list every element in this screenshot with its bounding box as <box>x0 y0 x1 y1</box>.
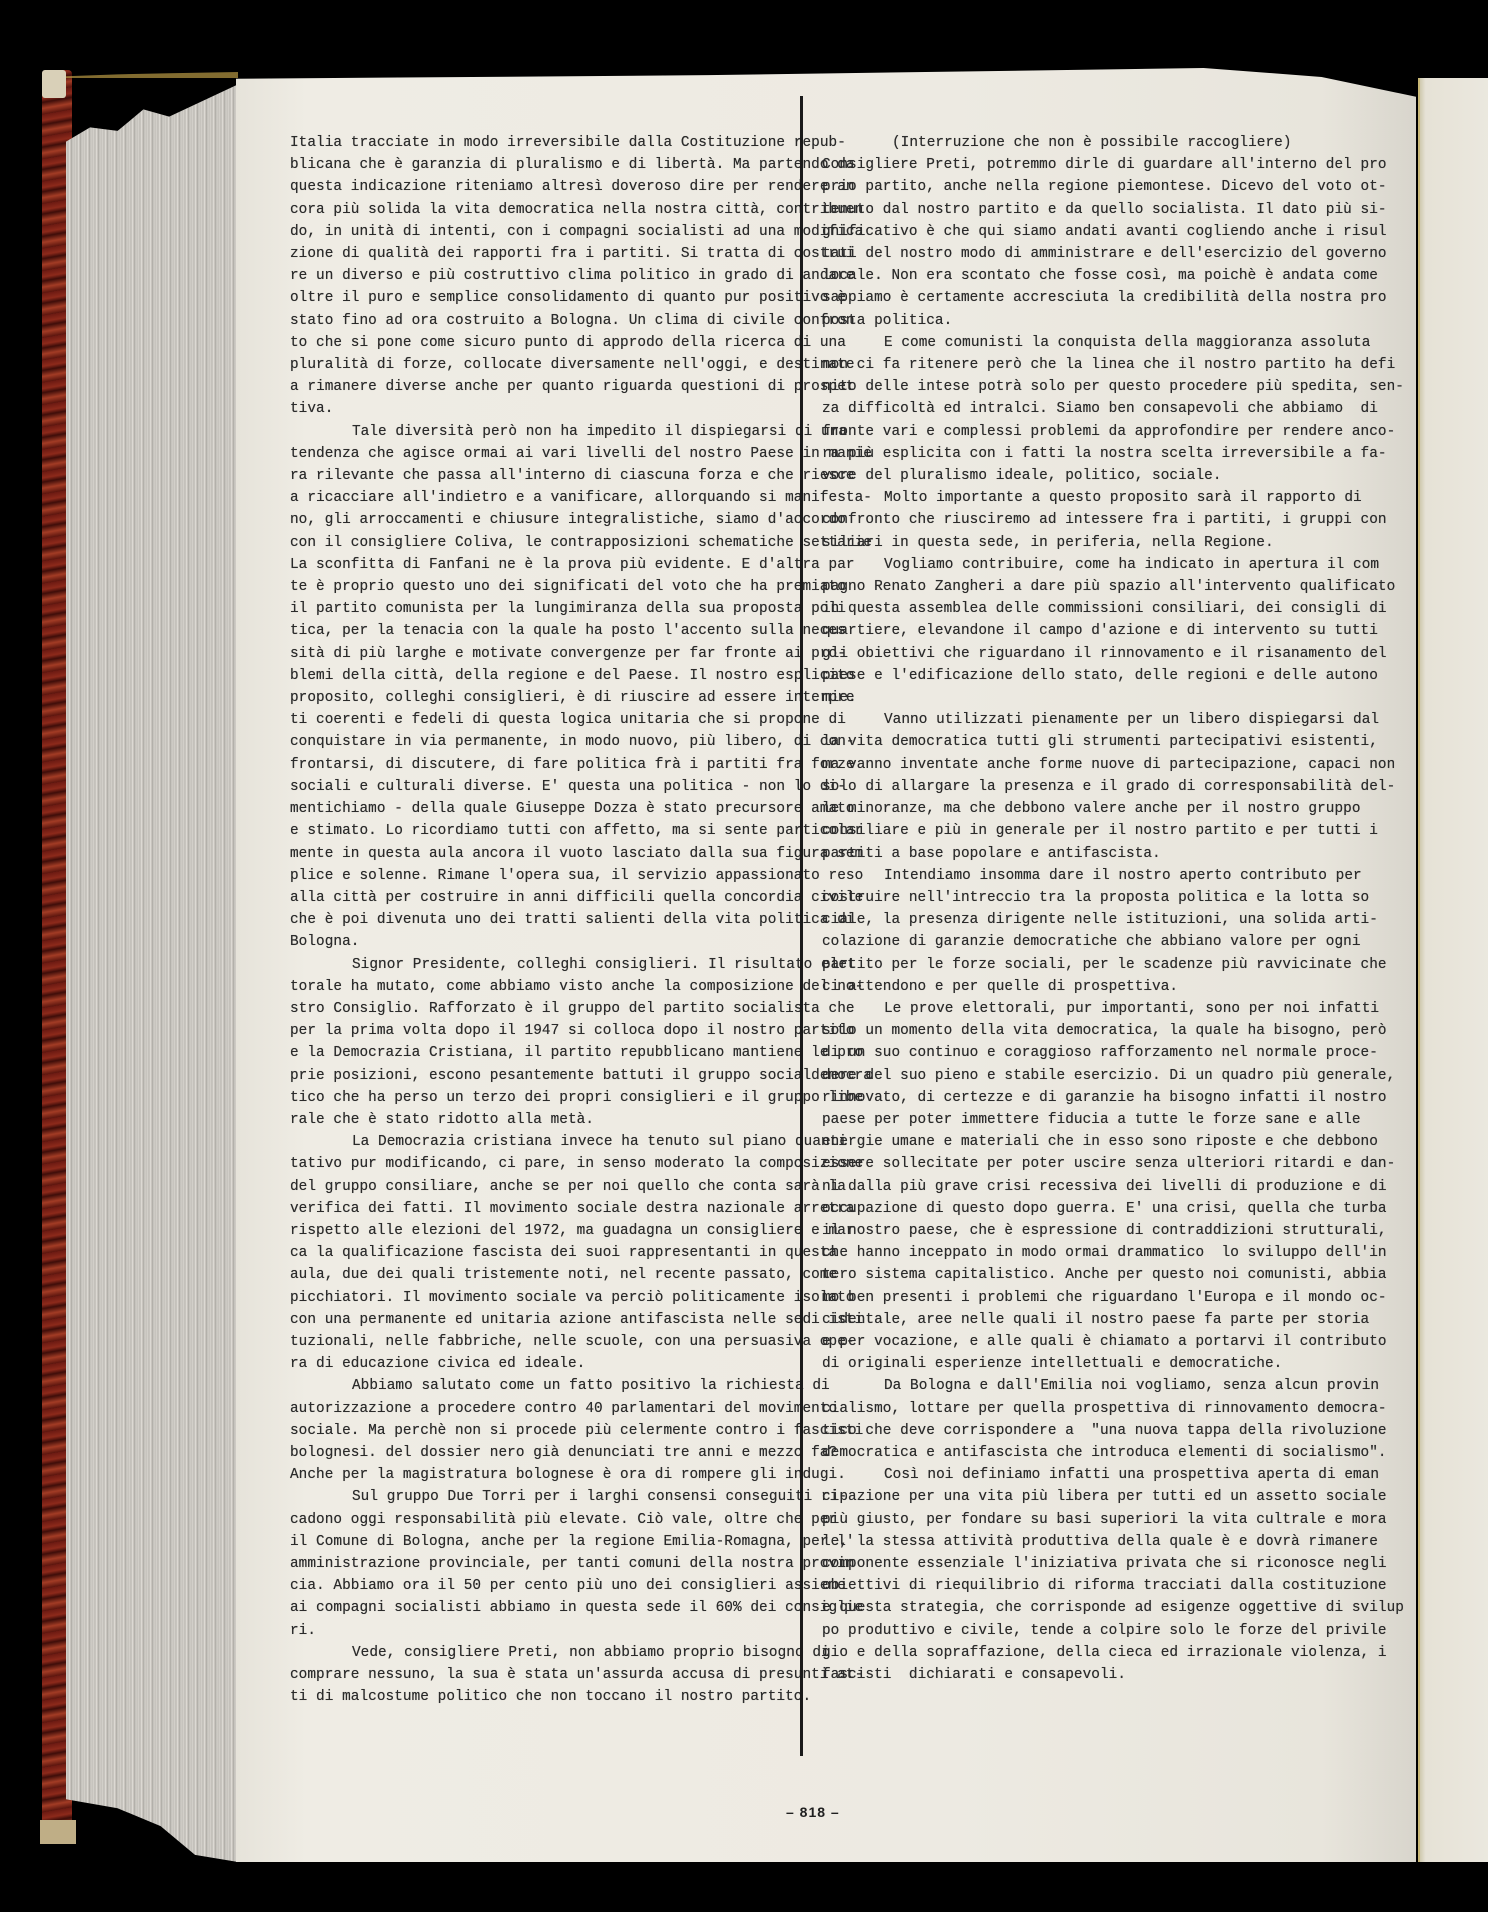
text-line: paese e l'edificazione dello stato, dell… <box>822 665 1332 687</box>
text-line: aula, due dei quali tristemente noti, ne… <box>290 1264 800 1286</box>
text-line: che hanno inceppato in modo ormai dramma… <box>822 1242 1332 1264</box>
text-line: prio partito, anche nella regione piemon… <box>822 176 1332 198</box>
text-line: ci attendono e per quelle di prospettiva… <box>822 976 1332 998</box>
text-line: La Democrazia cristiana invece ha tenuto… <box>290 1131 800 1153</box>
book-corner-bottom <box>40 1820 76 1844</box>
text-line: te è proprio questo uno dei significati … <box>290 576 800 598</box>
text-line: Le prove elettorali, pur importanti, son… <box>822 998 1332 1020</box>
text-line: essere sollecitate per poter uscire senz… <box>822 1153 1332 1175</box>
text-line: posta politica. <box>822 310 1332 332</box>
left-text-column: Italia tracciate in modo irreversibile d… <box>290 132 800 1708</box>
text-line: questa indicazione riteniamo altresì dov… <box>290 176 800 198</box>
text-line: pagno Renato Zangheri a dare più spazio … <box>822 576 1332 598</box>
text-line: comprare nessuno, la sua è stata un'assu… <box>290 1664 800 1686</box>
text-line: no, gli arroccamenti e chiusure integral… <box>290 509 800 531</box>
text-line: ti coerenti e fedeli di questa logica un… <box>290 709 800 731</box>
text-line: mie. <box>822 687 1332 709</box>
text-line: energie umane e materiali che in esso so… <box>822 1131 1332 1153</box>
text-line: che è poi divenuta uno dei tratti salien… <box>290 909 800 931</box>
gilded-top-edge <box>66 72 238 78</box>
text-line: tendenza che agisce ormai ai vari livell… <box>290 443 800 465</box>
text-line: E come comunisti la conquista della magg… <box>822 332 1332 354</box>
text-line: Signor Presidente, colleghi consiglieri.… <box>290 954 800 976</box>
text-line: sociale. Ma perchè non si procede più ce… <box>290 1420 800 1442</box>
text-line: Sul gruppo Due Torri per i larghi consen… <box>290 1486 800 1508</box>
text-line: consiliare e più in generale per il nost… <box>822 820 1332 842</box>
text-line: colazione di garanzie democratiche che a… <box>822 931 1332 953</box>
text-line: e questa strategia, che corrisponde ad e… <box>822 1597 1332 1619</box>
book-corner-top <box>42 70 66 98</box>
text-line: rispetto alle elezioni del 1972, ma guad… <box>290 1220 800 1242</box>
text-line: partito per le forze sociali, per le sca… <box>822 954 1332 976</box>
text-line: e per vocazione, e alle quali è chiamato… <box>822 1331 1332 1353</box>
text-line: cadono oggi responsabilità più elevate. … <box>290 1509 800 1531</box>
text-line: di originali esperienze intellettuali e … <box>822 1353 1332 1375</box>
text-line: a rimanere diverse anche per quanto rigu… <box>290 376 800 398</box>
text-line: componente essenziale l'iniziativa priva… <box>822 1553 1332 1575</box>
text-line: tati del nostro modo di amministrare e d… <box>822 243 1332 265</box>
text-line: ai compagni socialisti abbiamo in questa… <box>290 1597 800 1619</box>
text-line: il nostro paese, che è espressione di co… <box>822 1220 1332 1242</box>
text-line: tenuto dal nostro partito e da quello so… <box>822 199 1332 221</box>
text-line: cialismo, lottare per quella prospettiva… <box>822 1398 1332 1420</box>
text-line: cidentale, aree nelle quali il nostro pa… <box>822 1309 1332 1331</box>
text-line: Anche per la magistratura bolognese è or… <box>290 1464 800 1486</box>
text-line: il Comune di Bologna, anche per la regio… <box>290 1531 800 1553</box>
page-number: – 818 – <box>786 1804 840 1820</box>
text-line: solo di allargare la presenza e il grado… <box>822 776 1332 798</box>
text-line: rale che è stato ridotto alla metà. <box>290 1109 800 1131</box>
text-line: partiti a base popolare e antifascista. <box>822 843 1332 865</box>
text-line: po produttivo e civile, tende a colpire … <box>822 1620 1332 1642</box>
text-line: plice e solenne. Rimane l'opera sua, il … <box>290 865 800 887</box>
text-line: Abbiamo salutato come un fatto positivo … <box>290 1375 800 1397</box>
text-line: e stimato. Lo ricordiamo tutti con affet… <box>290 820 800 842</box>
text-line: Vede, consigliere Preti, non abbiamo pro… <box>290 1642 800 1664</box>
text-line: rinnovato, di certezze e di garanzie ha … <box>822 1087 1332 1109</box>
text-line: con il consigliere Coliva, le contrappos… <box>290 532 800 554</box>
text-line: tero sistema capitalistico. Anche per qu… <box>822 1264 1332 1286</box>
text-line: fascisti dichiarati e consapevoli. <box>822 1664 1332 1686</box>
text-line: locale. Non era scontato che fosse così,… <box>822 265 1332 287</box>
text-line: obiettivi di riequilibrio di riforma tra… <box>822 1575 1332 1597</box>
page-stack-edges <box>66 70 238 1862</box>
text-line: ra più esplicita con i fatti la nostra s… <box>822 443 1332 465</box>
text-line: democratica e antifascista che introduca… <box>822 1442 1332 1464</box>
text-line: Consigliere Preti, potremmo dirle di gua… <box>822 154 1332 176</box>
text-line: alla città per costruire in anni diffici… <box>290 887 800 909</box>
text-line: dere del suo pieno e stabile esercizio. … <box>822 1065 1332 1087</box>
text-line: blicana che è garanzia di pluralismo e d… <box>290 154 800 176</box>
text-line: le, la stessa attività produttiva della … <box>822 1531 1332 1553</box>
text-line: mo ben presenti i problemi che riguardan… <box>822 1287 1332 1309</box>
text-line: Intendiamo insomma dare il nostro aperto… <box>822 865 1332 887</box>
text-line: ni dalla più grave crisi recessiva dei l… <box>822 1176 1332 1198</box>
text-line: sità di più larghe e motivate convergenz… <box>290 643 800 665</box>
text-line: ca la qualificazione fascista dei suoi r… <box>290 1242 800 1264</box>
text-line: pluralità di forze, collocate diversamen… <box>290 354 800 376</box>
text-line: costruire nell'intreccio tra la proposta… <box>822 887 1332 909</box>
text-line: oltre il puro e semplice consolidamento … <box>290 287 800 309</box>
text-line: gio e della sopraffazione, della cieca e… <box>822 1642 1332 1664</box>
text-line: e la Democrazia Cristiana, il partito re… <box>290 1042 800 1064</box>
text-line: Vanno utilizzati pienamente per un liber… <box>822 709 1332 731</box>
text-line: cora più solida la vita democratica nell… <box>290 199 800 221</box>
facing-page-edge <box>1418 78 1488 1862</box>
text-line: quartiere, elevandone il campo d'azione … <box>822 620 1332 642</box>
text-line: La sconfitta di Fanfani ne è la prova pi… <box>290 554 800 576</box>
text-line: torale ha mutato, come abbiamo visto anc… <box>290 976 800 998</box>
text-line: ra rilevante che passa all'interno di ci… <box>290 465 800 487</box>
text-line: con una permanente ed unitaria azione an… <box>290 1309 800 1331</box>
text-line: tico che ha perso un terzo dei propri co… <box>290 1087 800 1109</box>
text-line: Bologna. <box>290 931 800 953</box>
text-line: siliari in questa sede, in periferia, ne… <box>822 532 1332 554</box>
text-line: sociali e culturali diverse. E' questa u… <box>290 776 800 798</box>
text-line: proposito, colleghi consiglieri, è di ri… <box>290 687 800 709</box>
text-line: tica, per la tenacia con la quale ha pos… <box>290 620 800 642</box>
text-line: solo un momento della vita democratica, … <box>822 1020 1332 1042</box>
text-line: do, in unità di intenti, con i compagni … <box>290 221 800 243</box>
text-line: ra di educazione civica ed ideale. <box>290 1353 800 1375</box>
text-line: blemi della città, della regione e del P… <box>290 665 800 687</box>
text-line: paese per poter immettere fiducia a tutt… <box>822 1109 1332 1131</box>
text-line: Da Bologna e dall'Emilia noi vogliamo, s… <box>822 1375 1332 1397</box>
text-line: to che si pone come sicuro punto di appr… <box>290 332 800 354</box>
text-line: del gruppo consiliare, anche se per noi … <box>290 1176 800 1198</box>
right-text-column: (Interruzione che non è possibile raccog… <box>822 132 1332 1686</box>
text-line: frontarsi, di discutere, di fare politic… <box>290 754 800 776</box>
text-line: ti di malcostume politico che non toccan… <box>290 1686 800 1708</box>
text-line: verifica dei fatti. Il movimento sociale… <box>290 1198 800 1220</box>
text-line: tativo pur modificando, ci pare, in sens… <box>290 1153 800 1175</box>
text-line: più giusto, per fondare su basi superior… <box>822 1509 1332 1531</box>
text-line: ciale, la presenza dirigente nelle istit… <box>822 909 1332 931</box>
text-line: ma vanno inventate anche forme nuove di … <box>822 754 1332 776</box>
text-line: za difficoltà ed intralci. Siamo ben con… <box>822 398 1332 420</box>
text-line: per la prima volta dopo il 1947 si collo… <box>290 1020 800 1042</box>
text-line: bolognesi. del dossier nero già denuncia… <box>290 1442 800 1464</box>
text-line: amministrazione provinciale, per tanti c… <box>290 1553 800 1575</box>
text-line: gli obiettivi che riguardano il rinnovam… <box>822 643 1332 665</box>
text-line: tuzionali, nelle fabbriche, nelle scuole… <box>290 1331 800 1353</box>
text-line: Vogliamo contribuire, come ha indicato i… <box>822 554 1332 576</box>
text-line: Molto importante a questo proposito sarà… <box>822 487 1332 509</box>
text-line: re un diverso e più costruttivo clima po… <box>290 265 800 287</box>
text-line: mente in questa aula ancora il vuoto las… <box>290 843 800 865</box>
text-line: vore del pluralismo ideale, politico, so… <box>822 465 1332 487</box>
text-line: stato fino ad ora costruito a Bologna. U… <box>290 310 800 332</box>
text-line: a ricacciare all'indietro e a vanificare… <box>290 487 800 509</box>
text-line: la vita democratica tutti gli strumenti … <box>822 731 1332 753</box>
text-line: sappiamo è certamente accresciuta la cre… <box>822 287 1332 309</box>
text-line: di un suo continuo e coraggioso rafforza… <box>822 1042 1332 1064</box>
text-line: cipazione per una vita più libera per tu… <box>822 1486 1332 1508</box>
text-line: Tale diversità però non ha impedito il d… <box>290 421 800 443</box>
text-line: occupazione di questo dopo guerra. E' un… <box>822 1198 1332 1220</box>
text-line: conquistare in via permanente, in modo n… <box>290 731 800 753</box>
text-line: fronte vari e complessi problemi da appr… <box>822 421 1332 443</box>
text-line: autorizzazione a procedere contro 40 par… <box>290 1398 800 1420</box>
text-line: cia. Abbiamo ora il 50 per cento più uno… <box>290 1575 800 1597</box>
text-line: mentichiamo - della quale Giuseppe Dozza… <box>290 798 800 820</box>
text-line: prie posizioni, escono pesantemente batt… <box>290 1065 800 1087</box>
text-line: confronto che riusciremo ad intessere fr… <box>822 509 1332 531</box>
text-line: le minoranze, ma che debbono valere anch… <box>822 798 1332 820</box>
text-line: nito delle intese potrà solo per questo … <box>822 376 1332 398</box>
text-line: gnificativo è che qui siamo andati avant… <box>822 221 1332 243</box>
text-line: tico che deve corrispondere a "una nuova… <box>822 1420 1332 1442</box>
text-line: il partito comunista per la lungimiranza… <box>290 598 800 620</box>
text-line: tiva. <box>290 398 800 420</box>
text-line: zione di qualità dei rapporti fra i part… <box>290 243 800 265</box>
text-line: ri. <box>290 1620 800 1642</box>
text-line: Italia tracciate in modo irreversibile d… <box>290 132 800 154</box>
text-line: (Interruzione che non è possibile raccog… <box>822 132 1332 154</box>
text-line: non ci fa ritenere però che la linea che… <box>822 354 1332 376</box>
text-line: stro Consiglio. Rafforzato è il gruppo d… <box>290 998 800 1020</box>
column-divider-rule <box>800 96 803 1756</box>
text-line: in questa assemblea delle commissioni co… <box>822 598 1332 620</box>
text-line: picchiatori. Il movimento sociale va per… <box>290 1287 800 1309</box>
text-line: Così noi definiamo infatti una prospetti… <box>822 1464 1332 1486</box>
